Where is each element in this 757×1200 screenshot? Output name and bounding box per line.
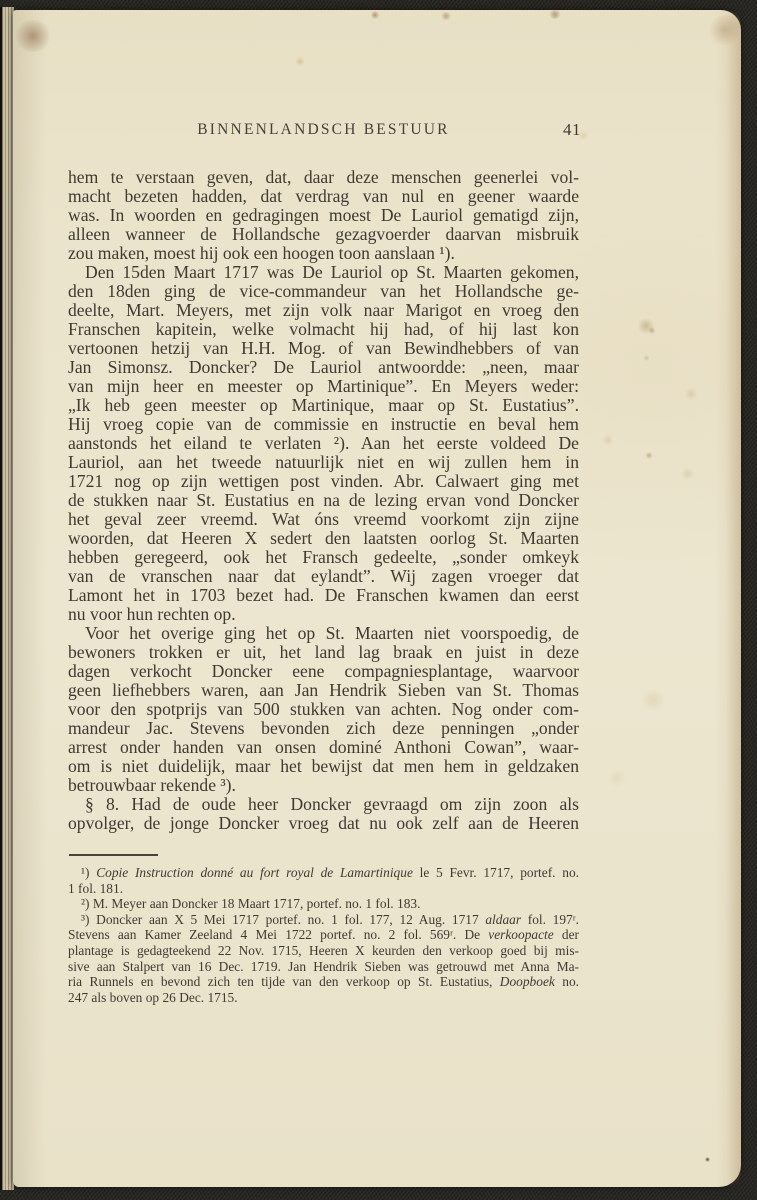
text-line: mandeur Jac. Stevens bevonden zich deze …: [68, 719, 579, 738]
text-line: hem te verstaan geven, dat, daar deze me…: [68, 168, 579, 187]
text-line: 247 als boven op 26 Dec. 1715.: [68, 990, 579, 1006]
text-line: 1 fol. 181.: [68, 881, 579, 897]
paragraph: § 8. Had de oude heer Doncker gevraagd o…: [68, 795, 579, 833]
text-line: den 18den ging de vice-commandeur van he…: [68, 282, 579, 301]
text-line: Den 15den Maart 1717 was De Lauriol op S…: [68, 263, 579, 282]
paragraph: Den 15den Maart 1717 was De Lauriol op S…: [68, 263, 579, 624]
stain: [680, 468, 695, 480]
text-line: sive aan Stalpert van 16 Dec. 1719. Jan …: [68, 959, 579, 975]
page-number: 41: [563, 120, 581, 140]
text-line: Voor het overige ging het op St. Maarten…: [68, 624, 579, 643]
text-line: 1721 nog op zijn wettigen post vinden. A…: [68, 472, 579, 491]
footnotes: ¹) Copie Instruction donné au fort royal…: [68, 865, 579, 1005]
text-line: het geval zeer vreemd. Wat óns vreemd vo…: [68, 510, 579, 529]
text-line: zou maken, moest hij ook een hoogen toon…: [68, 244, 579, 263]
stain: [645, 452, 653, 459]
text-line: nu voor hun rechten op.: [68, 605, 579, 624]
text-line: hebben geregeerd, ook het Fransch gedeel…: [68, 548, 579, 567]
body-text: hem te verstaan geven, dat, daar deze me…: [68, 168, 579, 833]
text-line: geen liefhebbers waren, aan Jan Hendrik …: [68, 681, 579, 700]
text-line: opvolger, de jonge Doncker vroeg dat nu …: [68, 814, 579, 833]
text-line: vertoonen hetzij van H.H. Mog. of van Be…: [68, 339, 579, 358]
text-line: Hij vroeg copie van de commissie en inst…: [68, 415, 579, 434]
text-line: Jan Simonsz. Doncker? De Lauriol antwoor…: [68, 358, 579, 377]
text-line: om is niet duidelijk, maar het bewijst d…: [68, 757, 579, 776]
text-line: alleen wanneer de Hollandsche gezagvoerd…: [68, 225, 579, 244]
text-line: deelte, Mart. Meyers, met zijn volk naar…: [68, 301, 579, 320]
text-line: voor den spotprijs van 500 stukken van a…: [68, 700, 579, 719]
running-title: BINNENLANDSCH BESTUUR: [68, 120, 579, 140]
text-line: plantage is gedagteekend 22 Nov. 1715, H…: [68, 943, 579, 959]
text-line: van mijn heer en meester op Martinique”.…: [68, 377, 579, 396]
text-line: dagen verkocht Doncker eene compagniespl…: [68, 662, 579, 681]
text-column: BINNENLANDSCH BESTUUR 41 hem te verstaan…: [68, 10, 579, 1005]
stain: [637, 318, 655, 334]
text-line: was. In woorden en gedragingen moest De …: [68, 206, 579, 225]
text-line: ³) Doncker aan X 5 Mei 1717 portef. no. …: [68, 912, 579, 928]
stain: [684, 388, 698, 400]
stain: [648, 327, 656, 334]
footnote: ¹) Copie Instruction donné au fort royal…: [68, 865, 579, 896]
footnote-separator: [69, 854, 158, 856]
text-line: Franschen kapitein, welke volmacht hij h…: [68, 320, 579, 339]
text-line: van de vranschen naar dat eylandt”. Wij …: [68, 567, 579, 586]
text-line: § 8. Had de oude heer Doncker gevraagd o…: [68, 795, 579, 814]
text-line: arrest onder handen van onsen dominé Ant…: [68, 738, 579, 757]
text-line: woorden, dat Heeren X sedert den laatste…: [68, 529, 579, 548]
running-header: BINNENLANDSCH BESTUUR 41: [68, 120, 579, 140]
footnote: ³) Doncker aan X 5 Mei 1717 portef. no. …: [68, 912, 579, 1006]
text-line: ²) M. Meyer aan Doncker 18 Maart 1717, p…: [68, 896, 579, 912]
text-line: Stevens aan Kamer Zeeland 4 Mei 1722 por…: [68, 927, 579, 943]
text-line: Lamont het in 1703 bezet had. De Fransch…: [68, 586, 579, 605]
text-line: Lauriol, aan het tweede natuurlijk niet …: [68, 453, 579, 472]
text-line: bewoners trokken er uit, het land lag br…: [68, 643, 579, 662]
text-line: ¹) Copie Instruction donné au fort royal…: [68, 865, 579, 881]
stain: [607, 770, 627, 786]
paragraph: Voor het overige ging het op St. Maarten…: [68, 624, 579, 795]
text-line: „Ik heb geen meester op Martinique, maar…: [68, 396, 579, 415]
text-line: de stukken naar St. Eustatius en na de l…: [68, 491, 579, 510]
text-line: betrouwbaar rekende ³).: [68, 776, 579, 795]
footnote: ²) M. Meyer aan Doncker 18 Maart 1717, p…: [68, 896, 579, 912]
page-edge-stack: [0, 7, 14, 1190]
stain: [643, 355, 650, 361]
stain: [602, 435, 614, 445]
stain: [13, 20, 53, 52]
stain: [707, 15, 743, 45]
paragraph: hem te verstaan geven, dat, daar deze me…: [68, 168, 579, 263]
page-edge-browning: [726, 10, 741, 1187]
scan-background: { "colors": { "background": "#2a2824", "…: [0, 0, 757, 1200]
text-line: ria Runnels en bevond zich ten tijde van…: [68, 974, 579, 990]
text-line: aanstonds het eiland te verlaten ²). Aan…: [68, 434, 579, 453]
text-line: macht bezeten hadden, dat verdrag van nu…: [68, 187, 579, 206]
stain: [705, 1157, 710, 1162]
stain: [640, 690, 666, 710]
book-page: BINNENLANDSCH BESTUUR 41 hem te verstaan…: [13, 10, 741, 1187]
